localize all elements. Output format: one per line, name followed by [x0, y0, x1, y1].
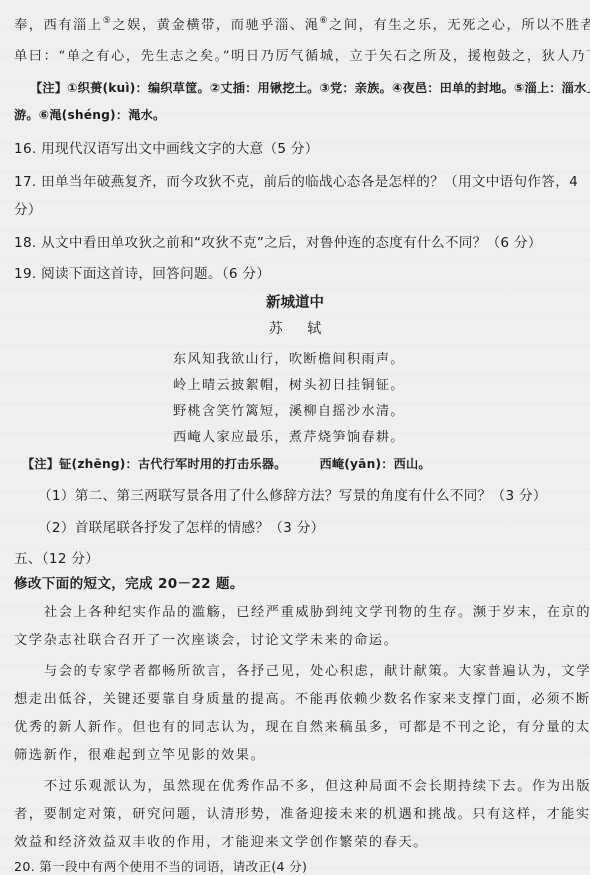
essay-p3-line-3: 效益和经济效益双丰收的作用，才能迎来文学创作繁荣的春天。	[14, 831, 580, 850]
poem-line-3: 野桃含笑竹篱短，溪柳自摇沙水清。	[173, 400, 405, 419]
poem-title: 新城道中	[0, 291, 590, 312]
footnote-marker-5: ⑤	[103, 16, 113, 26]
question-16: 16. 用现代汉语写出文中画线文字的大意（5 分）	[14, 137, 580, 157]
annotation-line-1: 【注】①织蒉(kuì)：编织草筐。②丈插：用锹挖土。③党：亲族。④夜邑：田单的封…	[30, 79, 580, 96]
sub-question-1: （1）第二、第三两联写景各用了什么修辞方法？写景的角度有什么不同？（3 分）	[38, 484, 580, 504]
essay-p3-line-1: 不过乐观派认为，虽然现在优秀作品不多，但这种局面不会长期持续下去。作为出版工作	[44, 775, 580, 794]
question-17-line-2: 分）	[14, 198, 580, 218]
essay-p2-line-3: 优秀的新人新作。但也有的同志认为，现在自然来稿虽多，可都是不刊之论，有分量的太少…	[14, 716, 580, 735]
passage-line-2: 单曰：“单之有心，先生志之矣。”明日乃厉气循城，立于矢石之所及，援枹鼓之，狄人乃…	[14, 45, 580, 64]
section-5-heading: 五、（12 分）	[14, 547, 580, 567]
passage-text: 之娱，黄金横带，而驰乎淄、渑	[112, 18, 319, 33]
poem-note-yan: 西崦(yān)：西山。	[319, 457, 430, 471]
poem-note-zheng: 【注】钲(zhēng)：古代行军时用的打击乐器。	[22, 457, 287, 471]
essay-p1-line-2: 文学杂志社联合召开了一次座谈会，讨论文学未来的命运。	[14, 629, 580, 648]
essay-p2-line-4: 筛选新作，很难起到立竿见影的效果。	[14, 744, 580, 763]
essay-p3-line-2: 者，要制定对策，研究问题，认清形势，准备迎接未来的机遇和挑战。只有这样，才能实现…	[14, 803, 580, 822]
passage-line-1: 奉，西有淄上⑤之娱，黄金横带，而驰乎淄、渑⑥之间，有生之乐，无死之心，所以不胜者…	[14, 14, 580, 33]
poem-line-2: 岭上晴云披絮帽，树头初日挂铜钲。	[173, 374, 405, 393]
question-17-line-1: 17. 田单当年破燕复齐，而今攻狄不克，前后的临战心态各是怎样的？（用文中语句作…	[14, 170, 580, 190]
question-19: 19. 阅读下面这首诗，回答问题。（6 分）	[14, 262, 580, 282]
poem-author: 苏 轼	[0, 318, 590, 338]
question-18: 18. 从文中看田单攻狄之前和“攻狄不克”之后，对鲁仲连的态度有什么不同？（6 …	[14, 231, 580, 251]
poem-line-1: 东风知我欲山行，吹断檐间积雨声。	[173, 348, 405, 367]
poem-annotation: 【注】钲(zhēng)：古代行军时用的打击乐器。 西崦(yān)：西山。	[22, 455, 580, 472]
essay-p1-line-1: 社会上各种纪实作品的滥觞，已经严重威胁到纯文学刊物的生存。濒于岁末，在京的几家	[44, 601, 580, 620]
section-5-instruction: 修改下面的短文，完成 20－22 题。	[14, 572, 580, 592]
footnote-marker-6: ⑥	[319, 16, 329, 26]
poem-line-4: 西崦人家应最乐，煮芹烧笋饷春耕。	[173, 426, 405, 445]
exam-page: 奉，西有淄上⑤之娱，黄金横带，而驰乎淄、渑⑥之间，有生之乐，无死之心，所以不胜者…	[0, 0, 590, 875]
passage-text: 奉，西有淄上	[14, 18, 103, 33]
sub-question-2: （2）首联尾联各抒发了怎样的情感？（3 分）	[38, 516, 580, 536]
essay-p2-line-1: 与会的专家学者都畅所欲言，各抒己见，处心积虑，献计献策。大家普遍认为，文学刊物要	[44, 660, 580, 679]
passage-text: 之间，有生之乐，无死之心，所以不胜者也。”田	[329, 18, 590, 33]
essay-p2-line-2: 想走出低谷，关键还要靠自身质量的提高。不能再依赖少数名作家来支撑门面，必须不断推…	[14, 688, 580, 707]
question-20: 20. 第一段中有两个使用不当的词语，请改正(4 分)	[14, 856, 580, 875]
annotation-line-2: 游。⑥渑(shéng)：渑水。	[14, 106, 580, 123]
